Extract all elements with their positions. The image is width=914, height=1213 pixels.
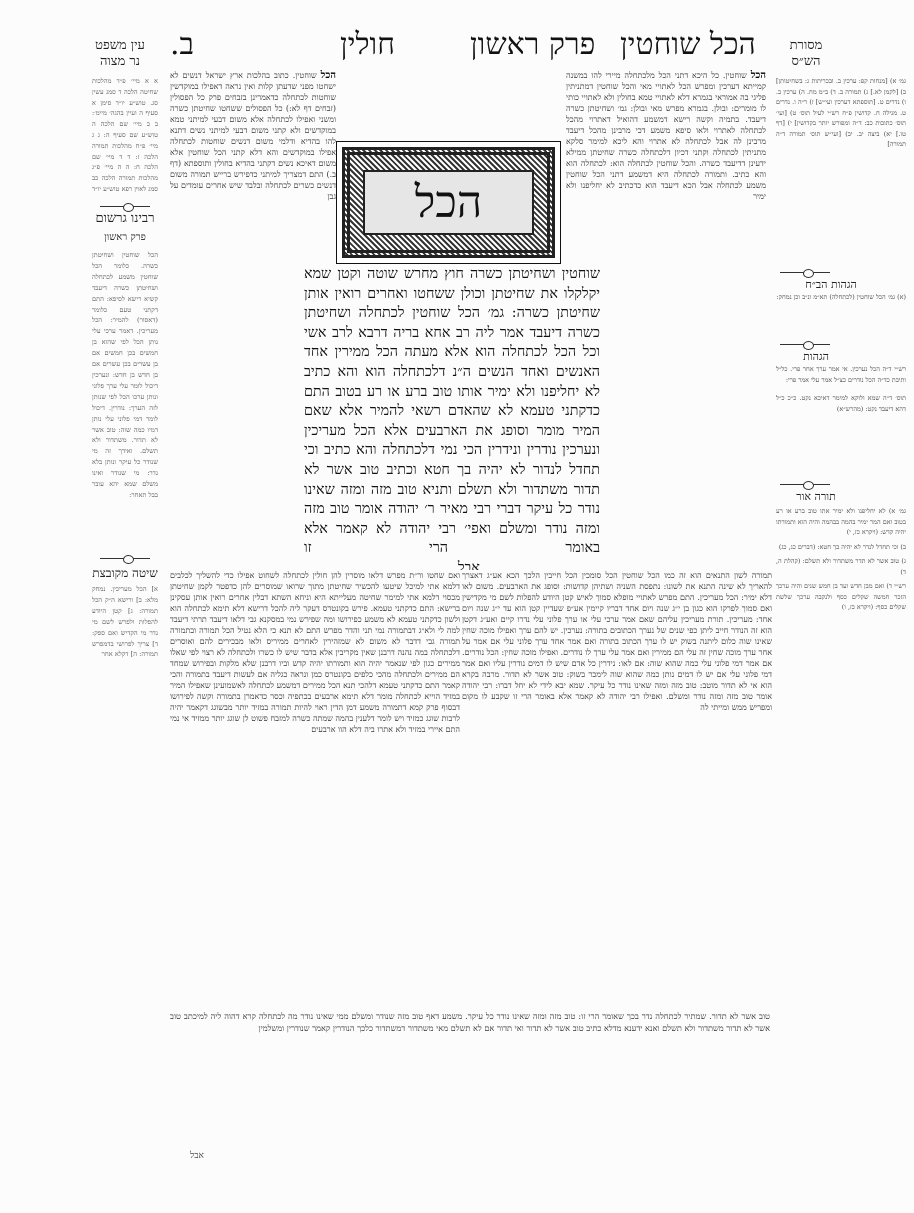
rabbenu-gershom-text: הכל שוחטין ושחיטתן כשרה. כלומר הכל שוחטי… (92, 250, 158, 501)
ein-mishpat-text: א א מיי׳ פ״ד מהלכות שחיטה הלכה ד סמג עשי… (92, 76, 158, 196)
section-divider-ornament (100, 556, 150, 562)
torah-or-verse-3: ג) טוב אשר לא תדר משתדור ולא תשלם: (קהלת… (776, 556, 906, 577)
page-header: ב. חולין פרק ראשון הכל שוחטין (150, 28, 770, 64)
torah-or-verse-1: גמ׳ א) לא יחליפנו ולא ימיר אתו טוב ברע א… (776, 506, 906, 538)
masoret-title-line1: מסורת (776, 38, 836, 54)
rashi-top-body: שוחטין. כל היכא דתני הכל מלכתחלה מיירי ל… (566, 71, 766, 201)
hagahot-bach-title: הגהות הב״ח (776, 278, 886, 291)
opening-word-panel: הכל (363, 170, 534, 235)
hagahot-bach-column: (א) גמ׳ הכל שוחטין (לכתחלה) תא״מ ונ״ב וכ… (776, 292, 906, 332)
tractate-name: חולין (340, 28, 395, 62)
section-divider-ornament (780, 482, 830, 488)
rabbenu-gershom-column: הכל שוחטין ושחיטתן כשרה. כלומר הכל שוחטי… (92, 250, 158, 520)
rashi-dibur-hamatchil: הכל (751, 70, 766, 81)
tosafot-dibur-hamatchil: הכל (321, 70, 336, 81)
ein-mishpat-title-line1: עין משפט (90, 38, 150, 54)
hagahot-tosafot-note: תוס׳ ד״ה שמא ולוקא למימר דאיכא נקט. כ״כ … (776, 393, 906, 414)
section-divider-ornament (780, 270, 830, 276)
rabbenu-gershom-title: רבינו גרשום (92, 210, 158, 226)
masoret-hashas-column: גמ׳ א) [מנחות קפ: ערכין ב. ובכריתות ג: ב… (776, 76, 906, 256)
gemara-main-text: שוחטין ושחיטתן כשרה חוץ מחרש שוטה וקטן ש… (304, 265, 600, 570)
shita-mekubetzet-title: שיטה מקובצת (92, 566, 158, 581)
daf-number: ב. (170, 28, 194, 62)
tosafot-bottom-text: ואם שחטו ור״ת מפרש דלאו מוסרין להן חולין… (170, 570, 460, 735)
rashi-bottom-text: תמורה לשון התנאים הוא זה כמו הכל שוחטין … (462, 570, 772, 713)
bottom-commentary-wide: טוב אשר לא תדור. שמתיר לכתחלה נדר בכך שא… (170, 1010, 770, 1090)
gemara-last-word: אבל (304, 559, 600, 570)
rabbenu-gershom-subtitle: פרק ראשון (92, 232, 158, 243)
chapter-number: פרק ראשון (470, 28, 595, 62)
ein-mishpat-title: עין משפט נר מצוה (90, 38, 150, 70)
bottom-wide-text: טוב אשר לא תדור. שמתיר לכתחלה נדר בכך שא… (170, 1010, 770, 1034)
tosafot-top-body: שוחטין. כתוב בהלכות ארץ ישראל דנשים לא י… (170, 71, 336, 201)
hagahot-text: רש״י ד״ה הכל נערכין. אי אמר ערך אחר פרי.… (776, 364, 906, 385)
torah-or-column: גמ׳ א) לא יחליפנו ולא ימיר אתו טוב ברע א… (776, 506, 906, 746)
torah-or-verse-2: ב) וכי תחדל לנדר לא יהיה בך חטא: (דברים … (776, 542, 906, 553)
gemara-text: שוחטין ושחיטתן כשרה חוץ מחרש שוטה וקטן ש… (304, 265, 600, 559)
section-divider-ornament (780, 342, 830, 348)
hagahot-title: הגהות (776, 350, 856, 363)
hagahot-column: רש״י ד״ה הכל נערכין. אי אמר ערך אחר פרי.… (776, 364, 906, 474)
rashi-top-text: הכל שוחטין. כל היכא דתני הכל מלכתחלה מיי… (566, 70, 766, 202)
chapter-name: הכל שוחטין (620, 28, 756, 62)
torah-or-title: תורה אור (776, 490, 856, 503)
opening-word-frame: הכל (336, 141, 561, 264)
ein-mishpat-column: א א מיי׳ פ״ד מהלכות שחיטה הלכה ד סמג עשי… (92, 76, 158, 196)
masoret-hashas-text: גמ׳ א) [מנחות קפ: ערכין ב. ובכריתות ג: ב… (776, 76, 906, 150)
tosafot-top-text: הכל שוחטין. כתוב בהלכות ארץ ישראל דנשים … (170, 70, 336, 202)
shita-mekubetzet-text: א] הכל מעריכין. נמחק מלא: ב] ורישא ה״ק ה… (92, 584, 158, 660)
hagahot-bach-text: (א) גמ׳ הכל שוחטין (לכתחלה) תא״מ ונ״ב וכ… (776, 292, 906, 303)
catchword: אבל (190, 1150, 204, 1161)
rashi-commentary-bottom: תמורה לשון התנאים הוא זה כמו הכל שוחטין … (462, 570, 772, 1010)
ein-mishpat-title-line2: נר מצוה (90, 54, 150, 70)
shita-mekubetzet-column: א] הכל מעריכין. נמחק מלא: ב] ורישא ה״ק ה… (92, 584, 158, 664)
torah-or-verse-4: רש״י ד) ואם מבן חדש ועד בן חמש שנים והיה… (776, 581, 906, 613)
masoret-title-line2: הש״ס (776, 54, 836, 70)
tosafot-commentary-bottom: ואם שחטו ור״ת מפרש דלאו מוסרין להן חולין… (170, 570, 460, 1010)
masoret-title: מסורת הש״ס (776, 38, 836, 70)
opening-word: הכל (415, 178, 482, 228)
